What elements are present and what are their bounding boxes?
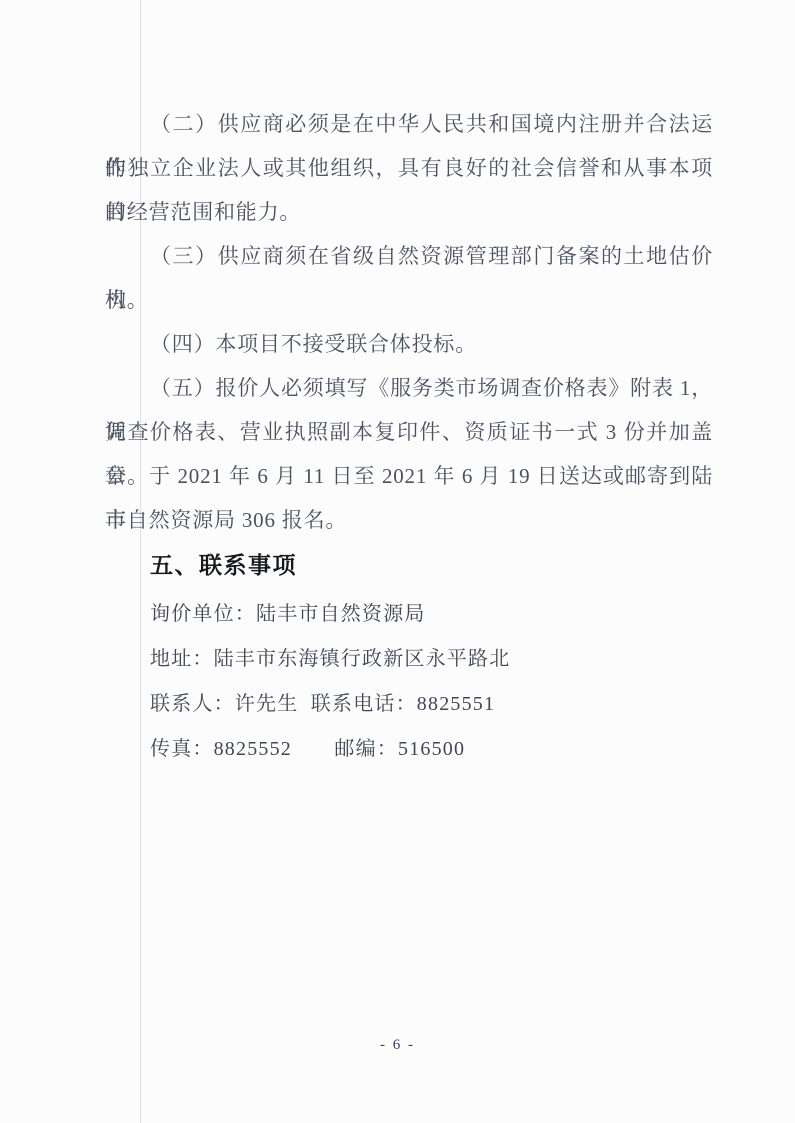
contact-info: 询价单位：陆丰市自然资源局 地址：陆丰市东海镇行政新区永平路北 联系人：许先生 …: [105, 592, 713, 772]
body-text-line: 构。: [105, 278, 713, 322]
contact-inquiry-unit: 询价单位：陆丰市自然资源局: [105, 592, 713, 637]
body-text-line: （五）报价人必须填写《服务类市场调查价格表》附表 1，凭: [105, 366, 713, 410]
page-number: - 6 -: [0, 1034, 795, 1056]
section-heading-contact: 五、联系事项: [105, 550, 713, 580]
body-text-line: 的经营范围和能力。: [105, 190, 713, 234]
body-text-line: （二）供应商必须是在中华人民共和国境内注册并合法运作: [105, 102, 713, 146]
contact-address: 地址：陆丰市东海镇行政新区永平路北: [105, 637, 713, 682]
body-text-line: （四）本项目不接受联合体投标。: [105, 322, 713, 366]
contact-person-phone: 联系人：许先生 联系电话：8825551: [105, 682, 713, 727]
document-body: （二）供应商必须是在中华人民共和国境内注册并合法运作 的独立企业法人或其他组织，…: [105, 102, 713, 772]
body-text-line: 市自然资源局 306 报名。: [105, 498, 713, 542]
contact-fax-postal: 传真：8825552 邮编：516500: [105, 727, 713, 772]
document-page: （二）供应商必须是在中华人民共和国境内注册并合法运作 的独立企业法人或其他组织，…: [0, 0, 795, 1123]
body-text-line: 调查价格表、营业执照副本复印件、资质证书一式 3 份并加盖公: [105, 410, 713, 454]
body-text-line: 的独立企业法人或其他组织，具有良好的社会信誉和从事本项目: [105, 146, 713, 190]
body-text-line: 章。于 2021 年 6 月 11 日至 2021 年 6 月 19 日送达或邮…: [105, 454, 713, 498]
body-text-line: （三）供应商须在省级自然资源管理部门备案的土地估价机: [105, 234, 713, 278]
